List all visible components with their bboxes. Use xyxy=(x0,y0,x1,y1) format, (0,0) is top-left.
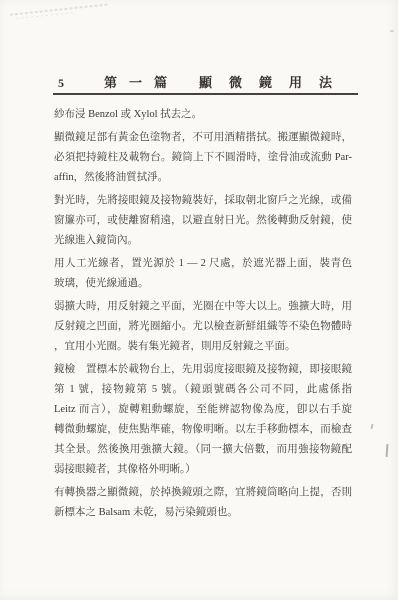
scan-mark xyxy=(386,444,389,457)
scan-watermark xyxy=(10,2,120,23)
text-line: 對光時，先將接眼鏡及接物鏡裝好，採取朝北窗戶之光線，或備 xyxy=(54,191,352,211)
scan-mark xyxy=(146,329,149,332)
text-line: 光線進入鏡筒內。 xyxy=(54,231,352,251)
scan-mark xyxy=(390,30,394,32)
text-line: 第 1 號，接物鏡第 5 號。（鏡頭號碼各公司不同，此處係指 xyxy=(54,380,352,400)
header-rule xyxy=(53,93,358,95)
text-line: 有轉換器之顯微鏡，於掉換鏡頭之際，宜將鏡筒略向上提，否則 xyxy=(54,483,352,503)
text-line: ，宜用小光圈。裝有集光鏡者，則用反射鏡之平面。 xyxy=(54,337,352,357)
text-line: 弱接眼鏡者，其像格外明晰。） xyxy=(54,460,352,480)
text-line: 其全景。然後換用強擴大鏡。（同一擴大倍數，而用強接物鏡配 xyxy=(54,440,352,460)
text-line: 弱擴大時，用反射鏡之平面，光圈在中等大以上。強擴大時，用 xyxy=(54,297,352,317)
text-line: 窗簾亦可，或使離窗稍遠，以避直射日光。然後轉動反射鏡，使 xyxy=(54,211,352,231)
text-line: 用人工光線者，置光源於 1 — 2 尺處，於遮光器上面，裝青色 xyxy=(54,254,352,274)
text-line: 顯微鏡足部有黃金色塗物者，不可用酒精揩拭。搬運顯微鏡時， xyxy=(54,128,352,148)
text-line: 鏡檢 置標本於載物台上，先用弱度接眼鏡及接物鏡，即接眼鏡 xyxy=(54,360,352,380)
text-line: 玻璃，使光線通過。 xyxy=(54,274,352,294)
chapter-label: 第一篇 xyxy=(104,72,179,91)
page-header: 5 第一篇 顯微鏡用法 xyxy=(53,72,373,91)
text-line: 新標本之 Balsam 未乾，易污染鏡頭也。 xyxy=(54,503,352,523)
page-number: 5 xyxy=(58,76,64,91)
text-line: Leitz 而言），旋轉粗動螺旋，至能辨認物像為度，卽以右手旋 xyxy=(54,400,352,420)
scan-mark xyxy=(371,424,374,429)
text-line: 轉微動螺旋，使焦點準確，物像明晰。以左手移動標本，而檢查 xyxy=(54,420,352,440)
text-line: affin，然後將油質拭淨。 xyxy=(54,168,352,188)
text-line: 必須把持鏡柱及載物台。鏡筒上下不圓滑時，塗骨油或流動 Par- xyxy=(54,148,352,168)
page-title: 顯微鏡用法 xyxy=(199,72,349,91)
text-line: 反射鏡之凹面，將光圈縮小。尤以檢查新鮮組織等不染色物體時 xyxy=(54,317,352,337)
scanned-book-page: 5 第一篇 顯微鏡用法 紗布浸 Benzol 或 Xylol 拭去之。 顯微鏡足… xyxy=(0,0,398,600)
text-line: 紗布浸 Benzol 或 Xylol 拭去之。 xyxy=(54,105,352,125)
body-text: 紗布浸 Benzol 或 Xylol 拭去之。 顯微鏡足部有黃金色塗物者，不可用… xyxy=(54,105,352,523)
